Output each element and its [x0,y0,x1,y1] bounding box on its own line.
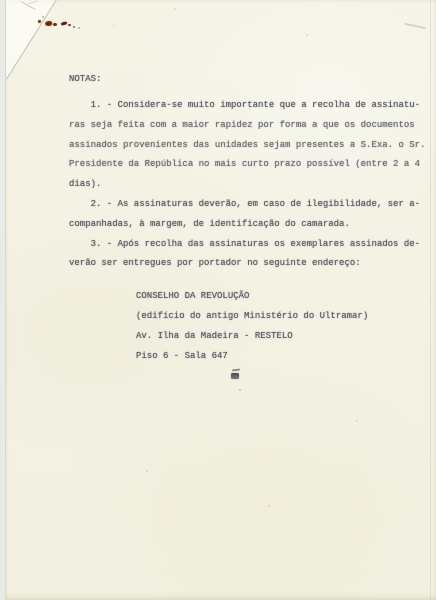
address-line: Av. Ilha da Madeira - RESTELO [136,327,368,347]
text-line: verão ser entregues por portador no segu… [69,254,425,274]
scuff-mark [404,23,426,29]
text-line: dias). [69,175,425,195]
address-block: CONSELHO DA REVOLUÇÃO (edifício do antig… [136,287,368,367]
address-line: Piso 6 - Sala 647 [136,347,368,367]
text-line: Presidente da República no mais curto pr… [69,155,425,175]
stray-ink-dot [239,389,241,391]
stray-ink-blob [231,373,239,379]
paper-sheet: NOTAS: 1. - Considera-se muito important… [5,0,436,600]
rust-stain [61,21,68,25]
text-line: ras seja feita com a maior rapidez por f… [69,116,425,136]
paper-speck [113,25,115,26]
scan-background: NOTAS: 1. - Considera-se muito important… [0,0,436,600]
text-line: 2. - As assinaturas deverão, em caso de … [69,195,425,215]
text-line: companhadas, à margem, de identificação … [69,215,425,235]
text-line: assinados provenientes das unidades seja… [69,136,425,156]
rust-stain [73,26,75,28]
rust-stain [38,20,41,23]
text-line: 1. - Considera-se muito importante que a… [69,96,425,116]
rust-stain [68,24,71,26]
paper-speck [268,505,270,507]
rust-stain [45,21,52,26]
paragraph-2: 2. - As assinaturas deverão, em caso de … [69,195,425,235]
paper-speck [306,34,308,36]
paper-right-edge [430,0,431,600]
text-line: 3. - Após recolha das assinaturas os exe… [69,235,425,255]
rust-stain [53,23,57,26]
paper-speck [146,470,148,472]
paper-speck [174,8,176,10]
paragraph-3: 3. - Após recolha das assinaturas os exe… [69,235,425,275]
rust-stain [78,27,80,29]
rust-stain [42,16,44,18]
paragraph-1: 1. - Considera-se muito importante que a… [69,96,425,195]
stray-ink-mark [230,368,242,392]
stray-ink-tilde [232,368,240,371]
corner-fold [6,0,66,90]
paper-speck [356,420,358,422]
notes-heading-block: NOTAS: [69,70,101,90]
address-line: CONSELHO DA REVOLUÇÃO [136,287,368,307]
document-body: 1. - Considera-se muito importante que a… [69,96,425,274]
notes-heading: NOTAS: [69,70,101,90]
address-line: (edifício do antigo Ministério do Ultram… [136,307,368,327]
